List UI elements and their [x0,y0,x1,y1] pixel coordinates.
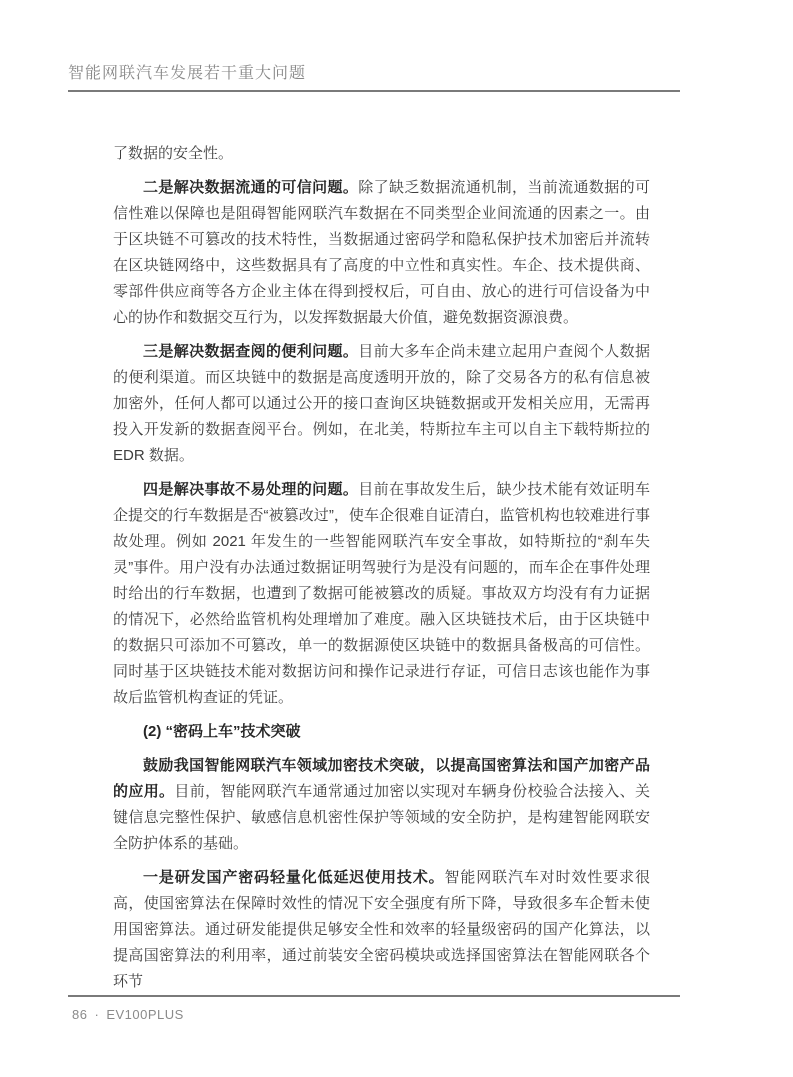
paragraph-text: 除了缺乏数据流通机制，当前流通数据的可信性难以保障也是阻碍智能网联汽车数据在不同… [113,179,650,326]
paragraph-lead: 三是解决数据查阅的便利问题。 [143,343,358,360]
section-heading: (2) “密码上车”技术突破 [113,719,650,745]
paragraph: 三是解决数据查阅的便利问题。目前大多车企尚未建立起用户查阅个人数据的便利渠道。而… [113,339,650,469]
paragraph-lead: 二是解决数据流通的可信问题。 [143,179,358,196]
paragraph: 二是解决数据流通的可信问题。除了缺乏数据流通机制，当前流通数据的可信性难以保障也… [113,175,650,331]
paragraph-text: 目前大多车企尚未建立起用户查阅个人数据的便利渠道。而区块链中的数据是高度透明开放… [113,343,650,464]
footer-rule [68,995,680,997]
paragraph: 鼓励我国智能网联汽车领域加密技术突破，以提高国密算法和国产加密产品的应用。目前，… [113,753,650,857]
paragraph-continuation: 了数据的安全性。 [113,141,650,167]
paragraph-lead: 四是解决事故不易处理的问题。 [143,481,358,498]
footer-separator: · [94,1007,99,1022]
paragraph-text: 智能网联汽车对时效性要求很高，使国密算法在保障时效性的情况下安全强度有所下降，导… [113,869,650,990]
paragraph-text: 了数据的安全性。 [113,145,233,162]
section-heading-text: (2) “密码上车”技术突破 [143,723,301,740]
paragraph: 一是研发国产密码轻量化低延迟使用技术。智能网联汽车对时效性要求很高，使国密算法在… [113,865,650,995]
document-page: 智能网联汽车发展若干重大问题 了数据的安全性。 二是解决数据流通的可信问题。除了… [0,0,793,1077]
page-number: 86 [72,1007,87,1022]
running-header-title: 智能网联汽车发展若干重大问题 [68,60,306,83]
page-body: 了数据的安全性。 二是解决数据流通的可信问题。除了缺乏数据流通机制，当前流通数据… [113,141,650,995]
header-rule [68,90,680,92]
running-footer: 86 · EV100PLUS [72,1007,184,1022]
paragraph-lead: 一是研发国产密码轻量化低延迟使用技术。 [143,869,445,886]
paragraph-text: 目前，智能网联汽车通常通过加密以实现对车辆身份校验合法接入、关键信息完整性保护、… [113,783,650,852]
footer-book-title: EV100PLUS [106,1007,184,1022]
paragraph-text: 目前在事故发生后，缺少技术能有效证明车企提交的行车数据是否“被篡改过”，使车企很… [113,481,650,706]
paragraph: 四是解决事故不易处理的问题。目前在事故发生后，缺少技术能有效证明车企提交的行车数… [113,477,650,711]
